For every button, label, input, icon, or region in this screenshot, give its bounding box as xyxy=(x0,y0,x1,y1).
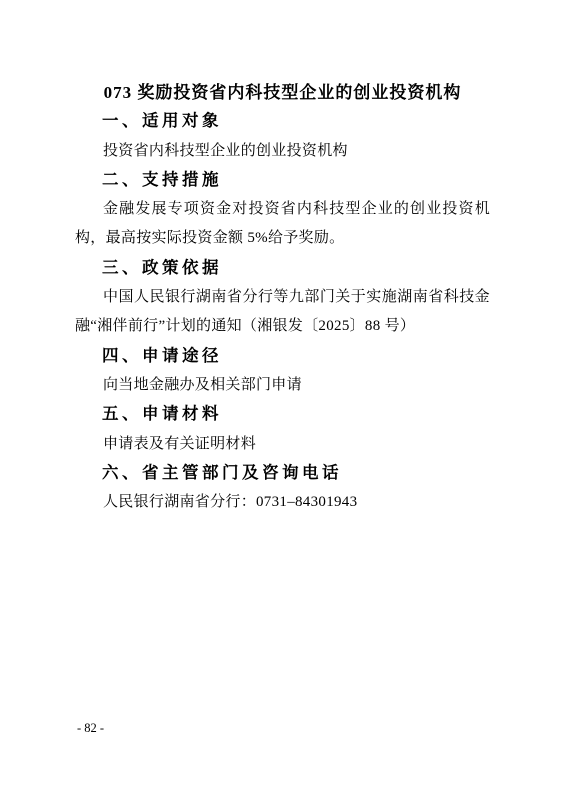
section-support-measures: 二、支持措施 金融发展专项资金对投资省内科技型企业的创业投资机构，最高按实际投资… xyxy=(75,166,490,254)
section-heading: 六、省主管部门及咨询电话 xyxy=(75,459,490,488)
page-title: 073 奖励投资省内科技型企业的创业投资机构 xyxy=(75,78,490,107)
section-body: 金融发展专项资金对投资省内科技型企业的创业投资机构，最高按实际投资金额 5%给予… xyxy=(75,195,490,254)
section-application-materials: 五、申请材料 申请表及有关证明材料 xyxy=(75,400,490,459)
section-body: 中国人民银行湖南省分行等九部门关于实施湖南省科技金融“湘伴前行”计划的通知（湘银… xyxy=(75,283,490,342)
section-policy-basis: 三、政策依据 中国人民银行湖南省分行等九部门关于实施湖南省科技金融“湘伴前行”计… xyxy=(75,254,490,342)
section-heading: 二、支持措施 xyxy=(75,166,490,195)
section-heading: 五、申请材料 xyxy=(75,400,490,429)
section-body: 向当地金融办及相关部门申请 xyxy=(75,371,490,400)
section-body: 人民银行湖南省分行：0731–84301943 xyxy=(75,488,490,517)
section-applicable-targets: 一、适用对象 投资省内科技型企业的创业投资机构 xyxy=(75,107,490,166)
section-heading: 一、适用对象 xyxy=(75,107,490,136)
section-heading: 四、申请途径 xyxy=(75,342,490,371)
document-content: 073 奖励投资省内科技型企业的创业投资机构 一、适用对象 投资省内科技型企业的… xyxy=(75,78,490,517)
page-number: - 82 - xyxy=(77,721,104,735)
section-body: 申请表及有关证明材料 xyxy=(75,430,490,459)
document-page: 073 奖励投资省内科技型企业的创业投资机构 一、适用对象 投资省内科技型企业的… xyxy=(0,0,561,793)
section-heading: 三、政策依据 xyxy=(75,254,490,283)
section-application-channel: 四、申请途径 向当地金融办及相关部门申请 xyxy=(75,342,490,401)
section-body: 投资省内科技型企业的创业投资机构 xyxy=(75,137,490,166)
section-contact-info: 六、省主管部门及咨询电话 人民银行湖南省分行：0731–84301943 xyxy=(75,459,490,518)
